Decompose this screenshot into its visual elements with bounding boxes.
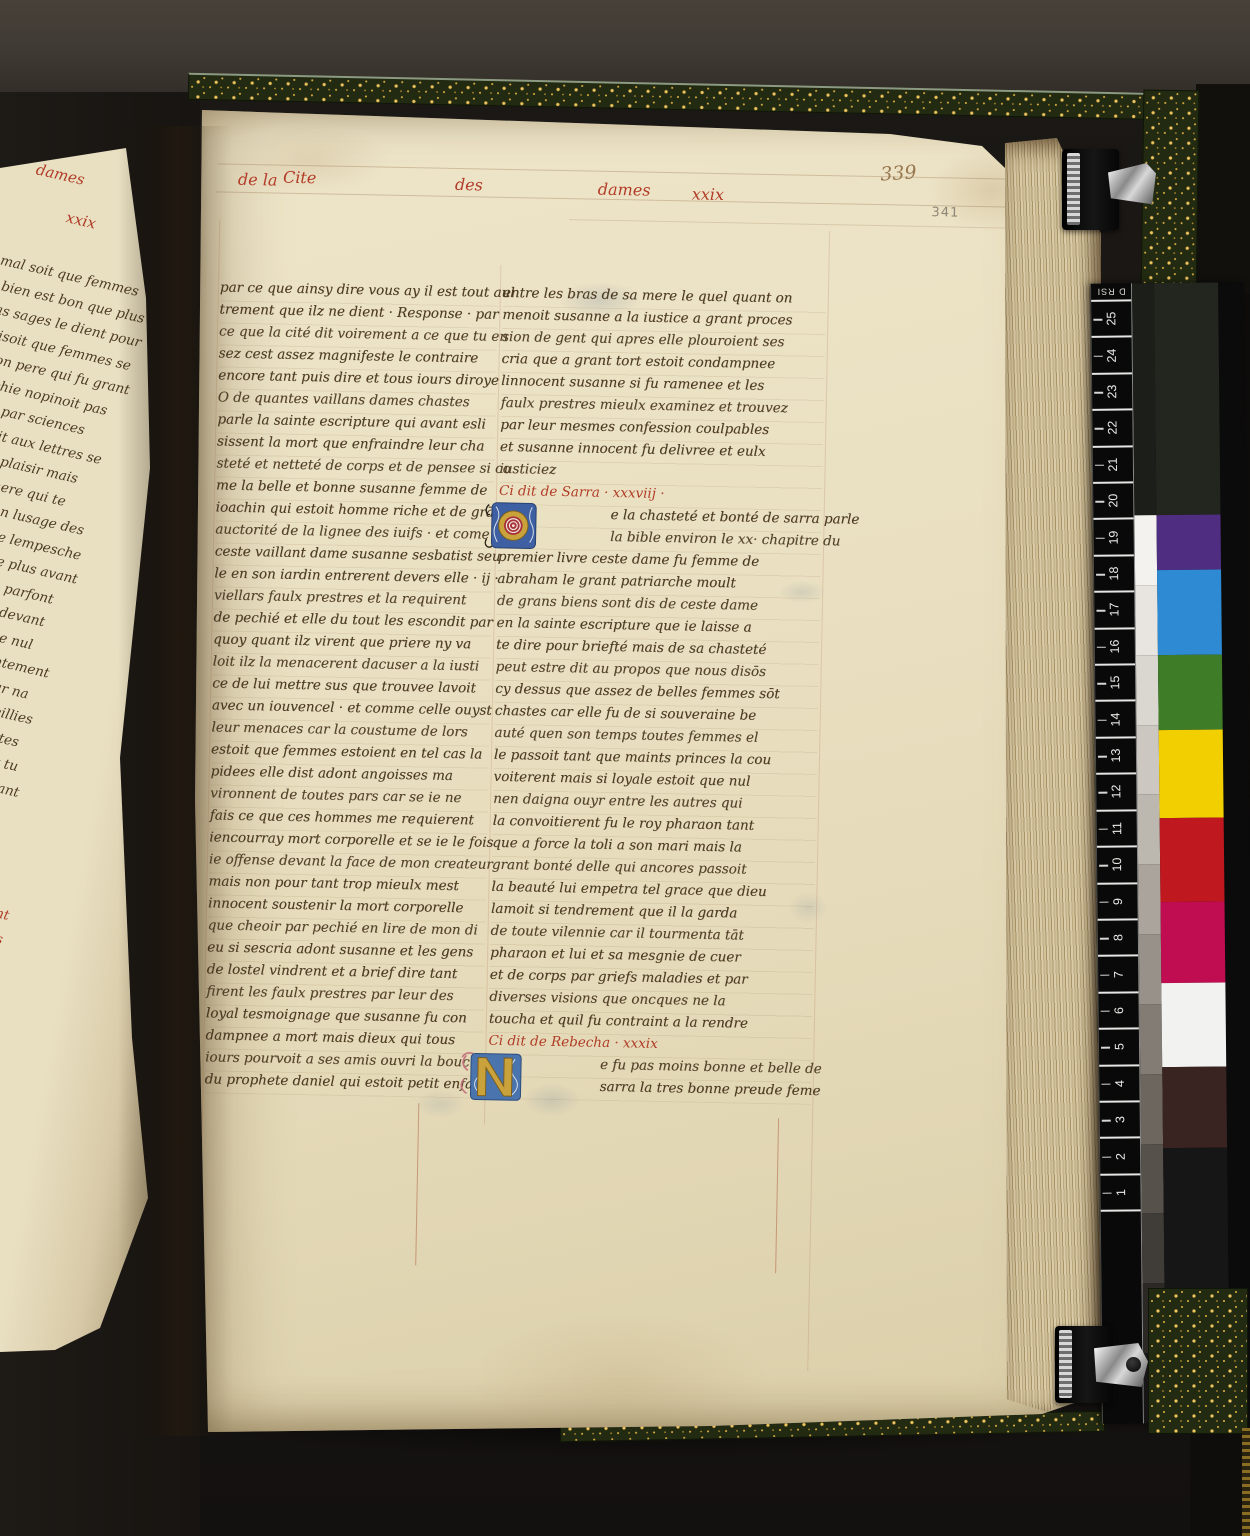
ruler-number: 2 [1100, 1137, 1140, 1174]
ruler-number: 16 [1095, 627, 1135, 664]
color-patch [1161, 901, 1226, 983]
ruler-number: 24 [1092, 336, 1132, 373]
color-patch [1160, 817, 1225, 902]
ruler-number: 15 [1095, 663, 1135, 700]
ruler-number: 11 [1097, 809, 1137, 846]
ruler-top-label: D RSI [1091, 286, 1131, 296]
ruler-number: 8 [1098, 918, 1138, 955]
ruler-number: 13 [1096, 736, 1136, 773]
binder-clip-bottom-handle [1094, 1343, 1148, 1387]
ruler-number: 10 [1097, 845, 1137, 882]
grayscale-step [1140, 1004, 1163, 1074]
binder-clip-bottom-grip [1059, 1330, 1072, 1398]
page-content: de la Cite des dames xxix 339 341 par ce… [166, 99, 1090, 1456]
grayscale-step [1138, 864, 1161, 934]
ruler-number: 6 [1098, 991, 1138, 1028]
ruler-number: 3 [1100, 1100, 1140, 1137]
ruler-number: 25 [1091, 299, 1131, 336]
color-patch [1154, 282, 1220, 515]
left-running-title: dames [34, 160, 86, 189]
ruler-number: 7 [1098, 955, 1138, 992]
grayscale-step [1136, 655, 1159, 725]
folio-number-ink: 339 [880, 161, 918, 185]
folio-number-pencil: 341 [931, 205, 959, 221]
ruler-number: 23 [1092, 372, 1132, 409]
color-patch [1162, 1066, 1227, 1148]
ruler-number: 14 [1095, 700, 1135, 737]
grayscale-step [1139, 934, 1162, 1004]
color-patch [1157, 569, 1222, 655]
left-chapter-number: xxix [64, 208, 97, 232]
manuscript-line: du prophete daniel qui estoit petit enfa… [204, 1071, 482, 1098]
gilt-fore-edge [1242, 1428, 1250, 1536]
ruler-number: 22 [1092, 409, 1132, 446]
grayscale-step [1142, 1214, 1165, 1284]
color-patch [1161, 982, 1226, 1067]
grayscale-step [1132, 283, 1156, 515]
color-calibration-chart: D RSI 2524232221201918171615141312111098… [1090, 282, 1250, 1424]
color-patches [1154, 282, 1230, 1423]
color-patch [1156, 514, 1221, 570]
text-column-a: par ce que ainsy dire vous ay il est tou… [204, 279, 498, 1098]
ruler-number: 1 [1100, 1173, 1140, 1210]
ruling-line [218, 163, 1066, 180]
ruling-extension [775, 1118, 779, 1273]
binding-cover-corner [1196, 84, 1250, 294]
ruler-number: 19 [1093, 518, 1133, 555]
ruler-number: 9 [1097, 882, 1137, 919]
running-title-chapter-number: xxix [692, 184, 725, 204]
grayscale-step [1135, 585, 1158, 655]
page-stack-fore-edge [1003, 138, 1101, 1412]
grayscale-step [1140, 1074, 1163, 1144]
ruler-number: 17 [1094, 591, 1134, 628]
ruler-number: 12 [1096, 773, 1136, 810]
ruler-number: 20 [1093, 481, 1133, 518]
ruler-number: 5 [1099, 1027, 1139, 1064]
grayscale-step [1137, 795, 1160, 865]
manuscript-page: de la Cite des dames xxix 339 341 par ce… [190, 100, 1088, 1440]
running-title-word: Cite [283, 168, 317, 188]
ruler-number: 4 [1099, 1064, 1139, 1101]
text-column-b: entre les bras de sa mere le quel quant … [487, 285, 826, 1105]
grayscale-step [1137, 725, 1160, 795]
ruler-number: 21 [1093, 445, 1133, 482]
color-patch [1159, 729, 1224, 818]
color-patch [1158, 654, 1223, 730]
grayscale-step [1134, 515, 1157, 585]
gold-tooling-corner [1148, 1288, 1248, 1434]
running-title-word: des [455, 175, 483, 195]
running-title-word: de la [238, 170, 278, 190]
running-title-word: dames [598, 180, 651, 200]
ruling-extension [415, 1103, 419, 1265]
ruler-number: 18 [1094, 554, 1134, 591]
manuscript-photo: dames xxix que mal soit que femmesmais b… [0, 0, 1250, 1536]
ruling-line [569, 219, 1049, 229]
grayscale-step [1141, 1144, 1164, 1214]
binder-clip-top-grip [1067, 153, 1080, 225]
